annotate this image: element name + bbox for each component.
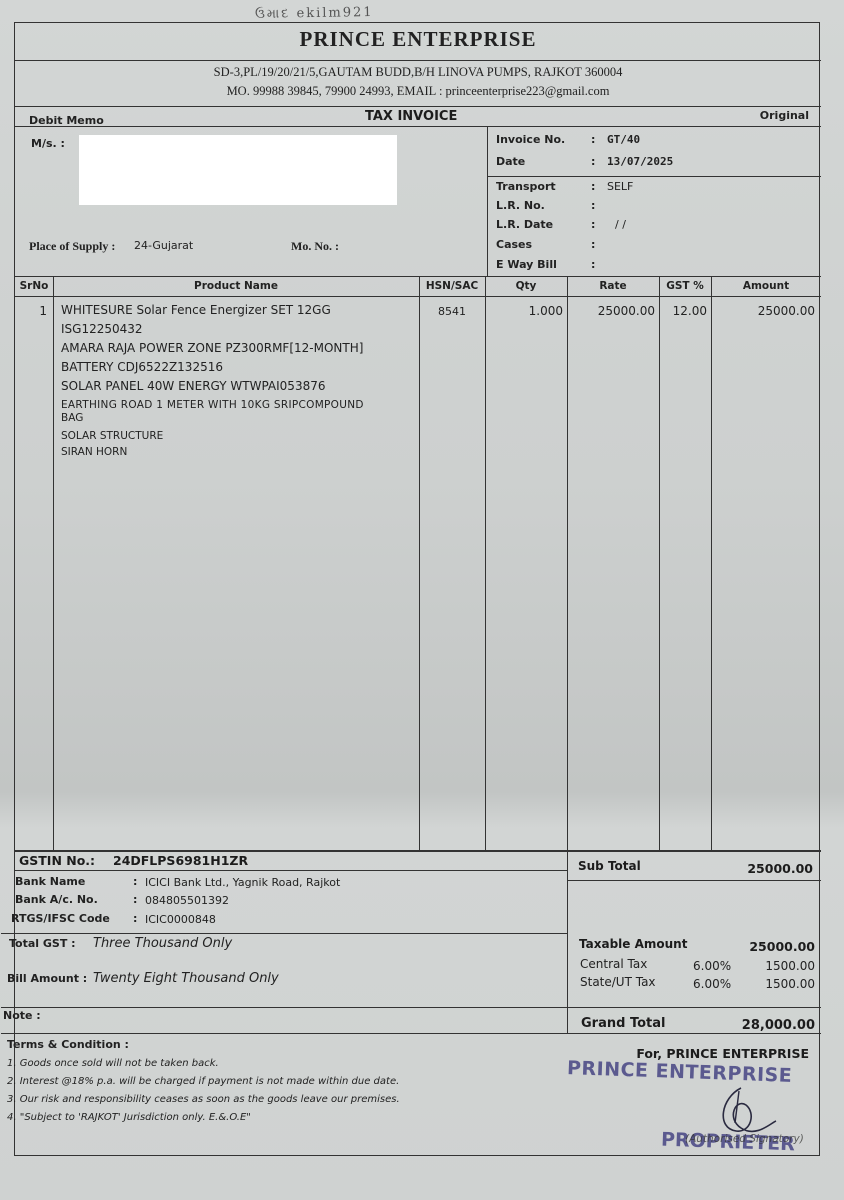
product-line: SOLAR STRUCTURE: [61, 428, 364, 444]
column-rule: [711, 276, 712, 850]
lr-date-label: L.R. Date: [496, 218, 553, 231]
sub-total-value: 25000.00: [747, 861, 813, 876]
sub-total-label: Sub Total: [578, 859, 641, 873]
row-product-name: WHITESURE Solar Fence Energizer SET 12GG…: [61, 301, 364, 460]
taxable-amount-value: 25000.00: [749, 939, 815, 954]
col-header-amount: Amount: [711, 280, 821, 292]
row-gst: 12.00: [659, 304, 707, 318]
place-of-supply-value: 24-Gujarat: [134, 239, 193, 252]
authorised-signatory-label: (Authorised Signatory): [685, 1133, 804, 1145]
row-hsn: 8541: [419, 305, 485, 318]
colon: :: [591, 238, 595, 251]
original-label: Original: [760, 109, 809, 122]
column-rule: [419, 276, 420, 850]
col-header-qty: Qty: [485, 280, 567, 292]
eway-bill-label: E Way Bill: [496, 258, 557, 271]
divider: [15, 60, 821, 61]
bill-amount-words: Twenty Eight Thousand Only: [93, 971, 279, 986]
gstin-value: 24DFLPS6981H1ZR: [113, 853, 248, 868]
note-label: Note :: [3, 1009, 41, 1022]
company-address: SD-3,PL/19/20/21/5,GAUTAM BUDD,B/H LINOV…: [15, 65, 821, 80]
buyer-name-redacted: [79, 135, 397, 205]
divider: [1, 1033, 821, 1034]
product-line: BAG: [61, 412, 364, 425]
col-header-gst: GST %: [659, 280, 711, 292]
central-tax-label: Central Tax: [580, 957, 647, 971]
colon: :: [133, 912, 137, 925]
product-line: SOLAR PANEL 40W ENERGY WTWPAI053876: [61, 377, 364, 396]
col-header-hsn: HSN/SAC: [419, 280, 485, 292]
ms-label: M/s. :: [31, 137, 65, 150]
invoice-no-value: GT/40: [607, 133, 640, 146]
colon: :: [133, 875, 137, 888]
divider: [567, 880, 821, 881]
product-line: BATTERY CDJ6522Z132516: [61, 358, 364, 377]
divider: [15, 126, 821, 127]
grand-total-value: 28,000.00: [742, 1018, 815, 1033]
bank-name-value: ICICI Bank Ltd., Yagnik Road, Rajkot: [145, 876, 340, 889]
colon: :: [591, 155, 595, 168]
term-item: 3. Our risk and responsibility ceases as…: [7, 1091, 400, 1109]
ifsc-value: ICIC0000848: [145, 913, 216, 926]
row-qty: 1.000: [485, 304, 563, 318]
cases-label: Cases: [496, 238, 532, 251]
bank-account-label: Bank A/c. No.: [15, 893, 98, 906]
place-of-supply-label: Place of Supply :: [29, 239, 115, 254]
term-item: 1. Goods once sold will not be taken bac…: [7, 1055, 400, 1073]
colon: :: [591, 218, 595, 231]
state-tax-label: State/UT Tax: [580, 975, 656, 989]
divider: [487, 176, 821, 177]
column-rule: [659, 276, 660, 850]
divider: [15, 870, 567, 871]
company-name: PRINCE ENTERPRISE: [15, 27, 821, 52]
column-rule: [485, 276, 486, 850]
company-contact: MO. 99988 39845, 79900 24993, EMAIL : pr…: [15, 84, 821, 99]
lr-no-label: L.R. No.: [496, 199, 545, 212]
grand-total-label: Grand Total: [581, 1016, 665, 1031]
transport-label: Transport: [496, 180, 556, 193]
term-item: 4. "Subject to 'RAJKOT' Jurisdiction onl…: [7, 1109, 400, 1127]
state-tax-amount: 1500.00: [765, 977, 815, 991]
row-amount: 25000.00: [711, 304, 815, 318]
col-header-product: Product Name: [53, 280, 419, 292]
colon: :: [591, 180, 595, 193]
bank-account-value: 084805501392: [145, 894, 229, 907]
state-tax-rate: 6.00%: [693, 977, 731, 991]
handwritten-note: ઉમાદ ekilm921: [255, 5, 374, 22]
divider: [15, 106, 821, 107]
colon: :: [591, 199, 595, 212]
ifsc-label: RTGS/IFSC Code: [11, 912, 110, 925]
col-header-srno: SrNo: [15, 280, 53, 292]
divider: [487, 126, 488, 276]
date-label: Date: [496, 155, 525, 168]
taxable-amount-label: Taxable Amount: [579, 937, 687, 951]
product-line: ISG12250432: [61, 320, 364, 339]
lr-date-value: / /: [615, 218, 626, 231]
central-tax-rate: 6.00%: [693, 959, 731, 973]
divider: [1, 933, 567, 934]
colon: :: [133, 893, 137, 906]
product-line: AMARA RAJA POWER ZONE PZ300RMF[12-MONTH]: [61, 339, 364, 358]
total-gst-words: Three Thousand Only: [93, 936, 232, 951]
gstin-label: GSTIN No.:: [19, 853, 95, 868]
bill-amount-label: Bill Amount :: [7, 972, 87, 985]
invoice-no-label: Invoice No.: [496, 133, 565, 146]
colon: :: [591, 133, 595, 146]
terms-title: Terms & Condition :: [7, 1038, 129, 1051]
product-line: WHITESURE Solar Fence Energizer SET 12GG: [61, 301, 364, 320]
divider: [567, 850, 568, 1033]
column-rule: [53, 276, 54, 850]
term-item: 2. Interest @18% p.a. will be charged if…: [7, 1073, 400, 1091]
transport-value: SELF: [607, 180, 633, 193]
divider: [15, 276, 821, 277]
column-rule: [567, 276, 568, 850]
divider: [1, 1007, 821, 1008]
product-line: SIRAN HORN: [61, 444, 364, 460]
product-line: EARTHING ROAD 1 METER WITH 10KG SRIPCOMP…: [61, 399, 364, 412]
for-company-label: For, PRINCE ENTERPRISE: [636, 1046, 809, 1061]
total-gst-label: Total GST :: [9, 937, 76, 950]
row-srno: 1: [15, 304, 47, 318]
central-tax-amount: 1500.00: [765, 959, 815, 973]
row-rate: 25000.00: [567, 304, 655, 318]
bank-name-label: Bank Name: [15, 875, 85, 888]
divider: [15, 296, 821, 297]
date-value: 13/07/2025: [607, 155, 673, 168]
terms-list: 1. Goods once sold will not be taken bac…: [7, 1055, 400, 1127]
mobile-label: Mo. No. :: [291, 239, 339, 254]
colon: :: [591, 258, 595, 271]
col-header-rate: Rate: [567, 280, 659, 292]
divider: [15, 850, 821, 852]
tax-invoice-title: TAX INVOICE: [365, 109, 457, 124]
